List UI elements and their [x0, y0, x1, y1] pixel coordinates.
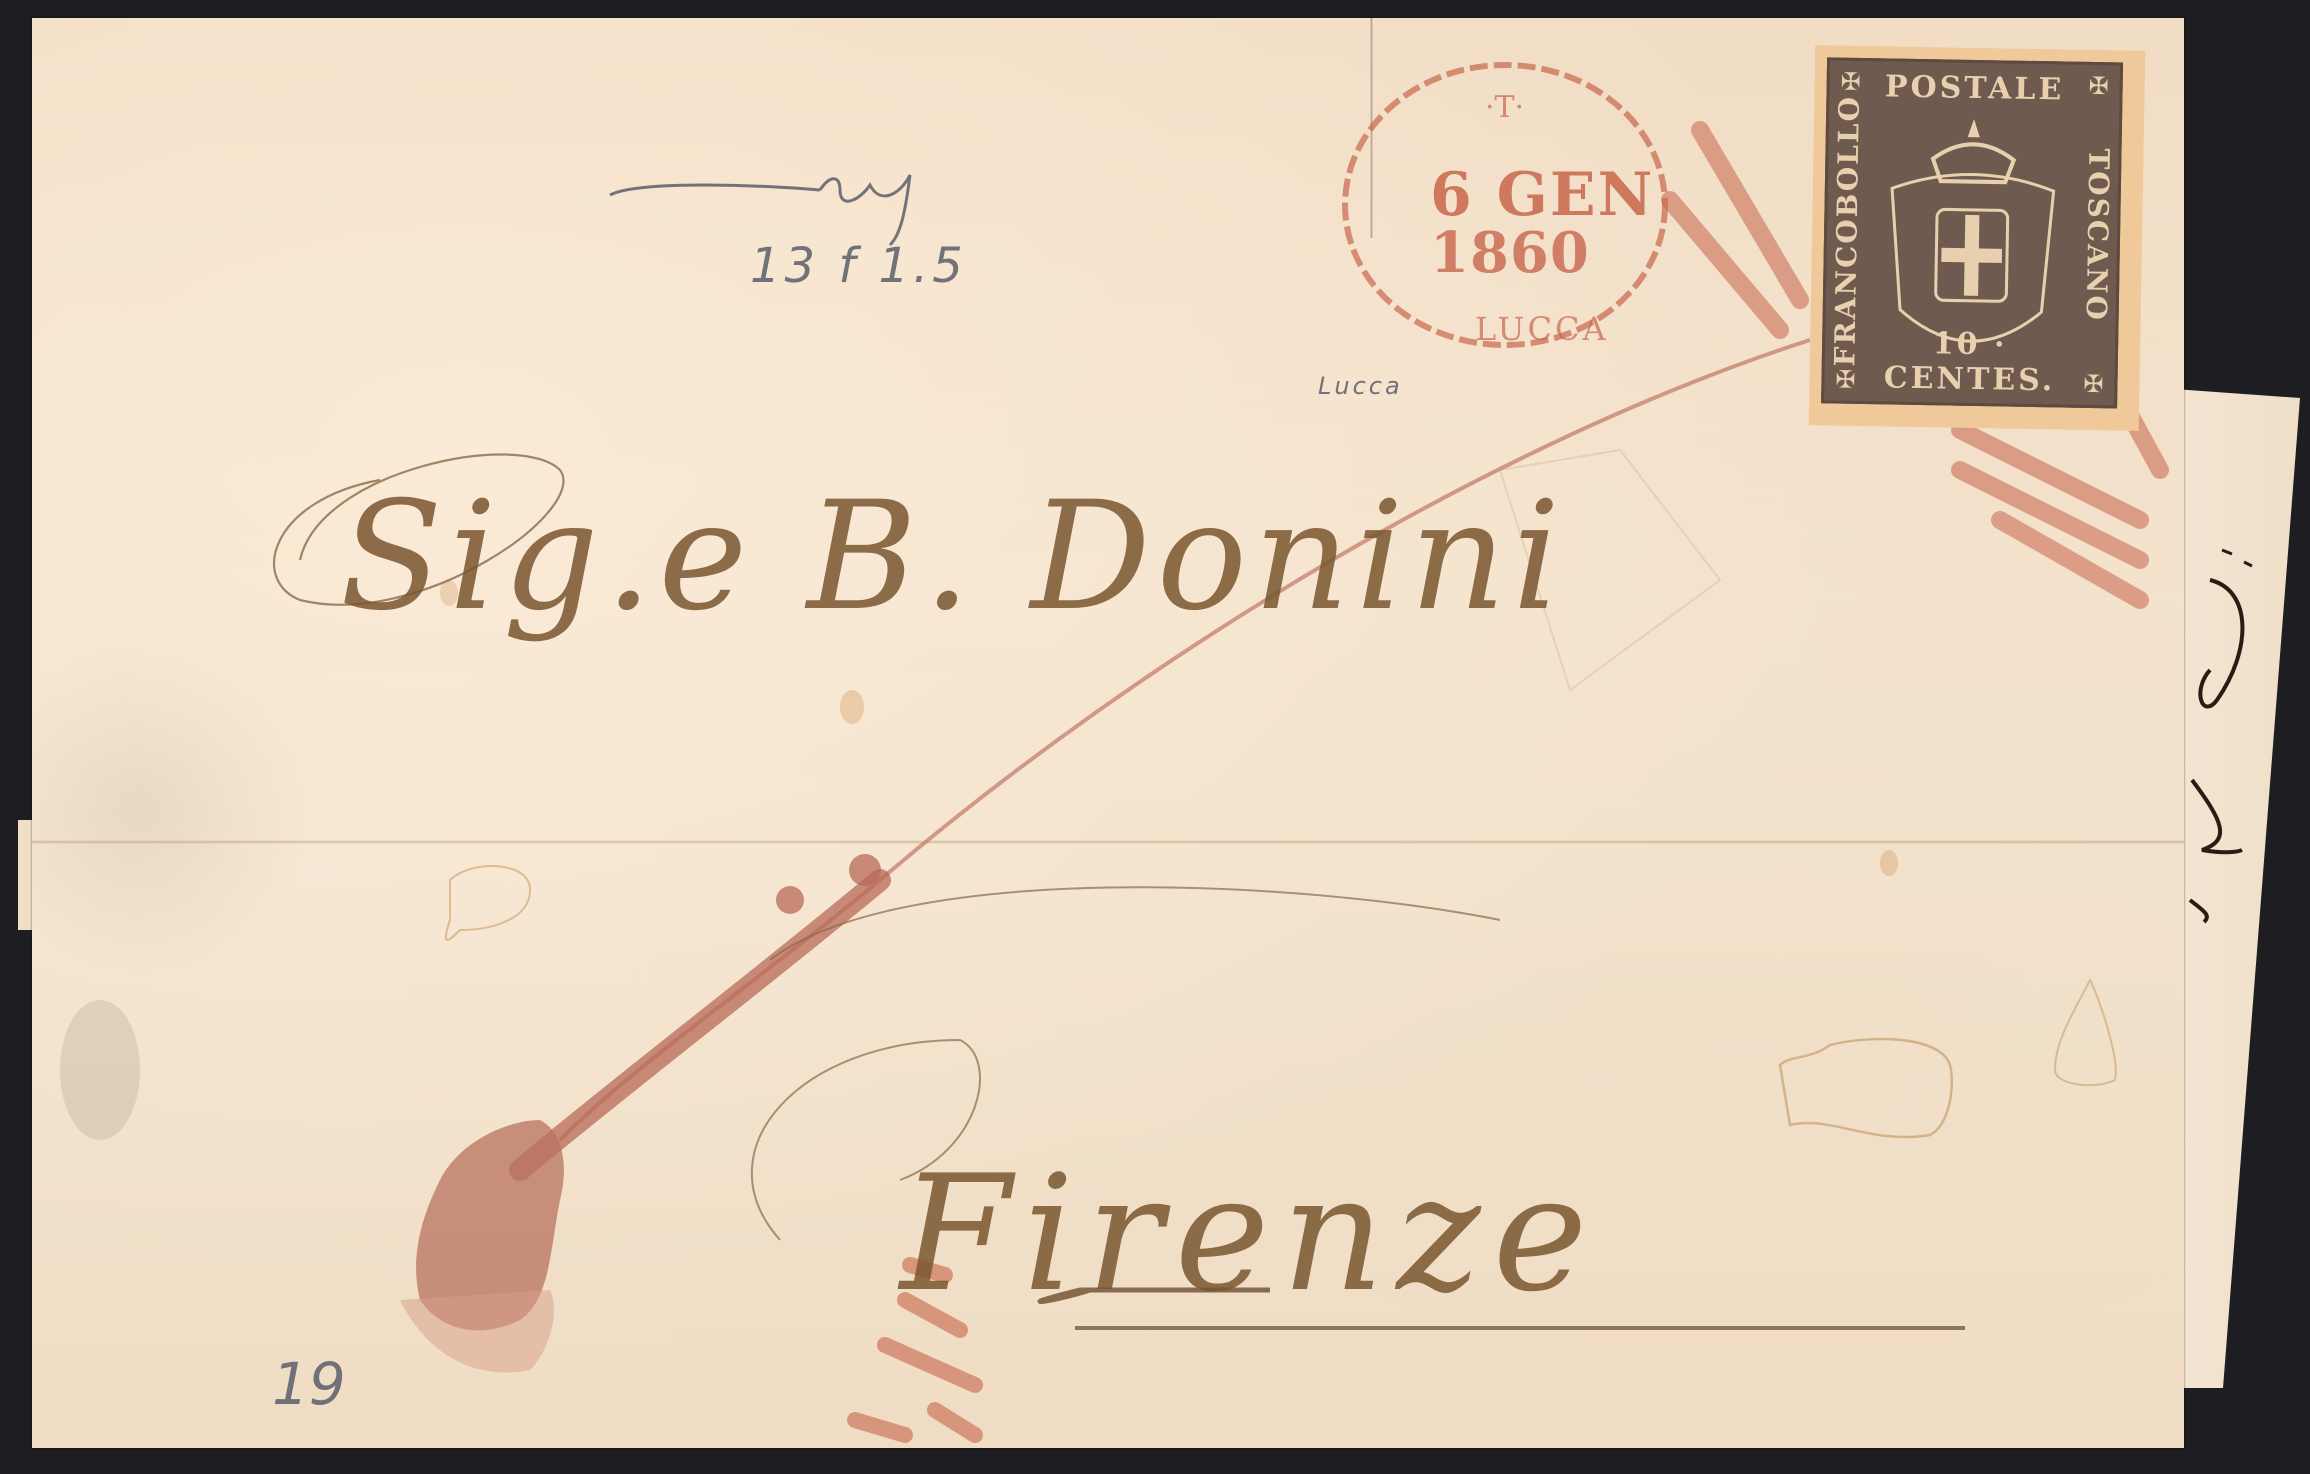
city-underline [1075, 1326, 1965, 1330]
stamp-design: ✠ ✠ ✠ ✠ POSTALE FRANCOBOLLO TOSCANO 10 ·… [1821, 57, 2123, 408]
addressee-name: Sig.e B. Donini [340, 470, 1566, 644]
corner-ornament-icon: ✠ [2081, 69, 2116, 104]
stamp-top-label: POSTALE [1875, 69, 2074, 107]
stamp-left-label: FRANCOBOLLO [1828, 95, 1866, 367]
pencil-reference-note: 13 f 1.5 [750, 238, 967, 294]
crest-icon [1869, 107, 2076, 373]
postmark-ring-top: ·T· [1485, 90, 1524, 125]
corner-ornament-icon: ✠ [2076, 367, 2111, 402]
postmark-year: 1860 [1430, 220, 1590, 286]
corner-ornament-icon: ✠ [1828, 362, 1863, 397]
destination-city: Firenze [900, 1140, 1599, 1327]
stamp-right-label: TOSCANO [2079, 148, 2115, 322]
postmark-town: LUCCA [1475, 310, 1609, 348]
lucca-postmark: ·T· 6 GEN 1860 LUCCA [1335, 60, 1675, 360]
pencil-number-note: 19 [272, 1350, 346, 1418]
pencil-origin-note: Lucca [1318, 372, 1403, 400]
tuscany-stamp: ✠ ✠ ✠ ✠ POSTALE FRANCOBOLLO TOSCANO 10 ·… [1809, 45, 2146, 431]
